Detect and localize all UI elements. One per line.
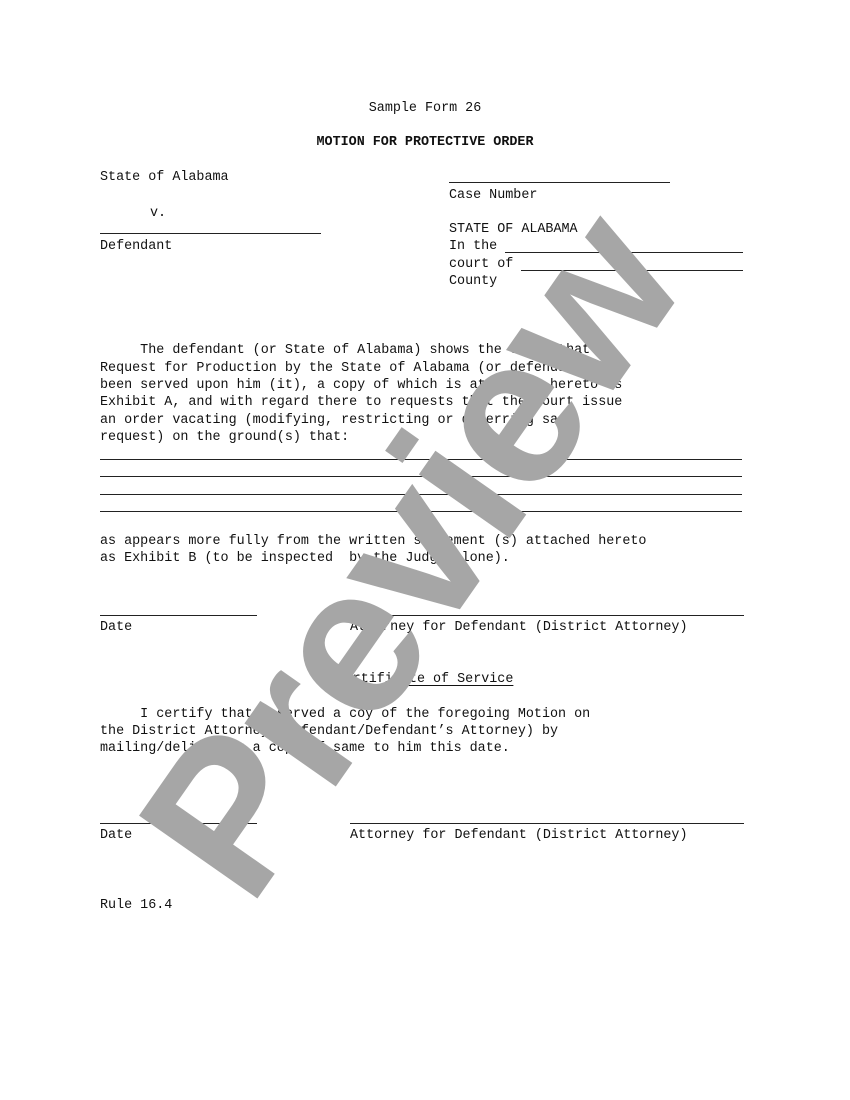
date-label-2: Date <box>100 827 132 844</box>
certificate-line-1: I certify that I served a coy of the for… <box>100 706 590 723</box>
court-name-line[interactable] <box>505 252 743 253</box>
plaintiff-name: State of Alabama <box>100 169 229 186</box>
exhibit-line-1: as appears more fully from the written s… <box>100 533 646 550</box>
document-title: MOTION FOR PROTECTIVE ORDER <box>0 134 850 151</box>
body-line-6: request) on the ground(s) that: <box>100 429 349 446</box>
body-line-3: been served upon him (it), a copy of whi… <box>100 377 622 394</box>
certificate-line-2: the District Attorney (Defendant/Defenda… <box>100 723 558 740</box>
date-line-2[interactable] <box>100 823 257 824</box>
rule-reference: Rule 16.4 <box>100 897 172 914</box>
state-heading: STATE OF ALABAMA <box>449 221 578 238</box>
body-line-2: Request for Production by the State of A… <box>100 360 622 377</box>
certificate-heading: Certificate of Service <box>0 671 850 688</box>
form-label: Sample Form 26 <box>0 100 850 117</box>
exhibit-line-2: as Exhibit B (to be inspected by the Jud… <box>100 550 510 567</box>
court-of-label: court of <box>449 256 513 273</box>
defendant-label: Defendant <box>100 238 172 255</box>
attorney-label-1: Attorney for Defendant (District Attorne… <box>350 619 688 636</box>
grounds-line-1[interactable] <box>100 459 742 460</box>
in-the-label: In the <box>449 238 497 255</box>
grounds-line-2[interactable] <box>100 476 742 477</box>
attorney-signature-line-2[interactable] <box>350 823 744 824</box>
defendant-name-line[interactable] <box>100 233 321 234</box>
grounds-line-4[interactable] <box>100 511 742 512</box>
body-line-1: The defendant (or State of Alabama) show… <box>100 342 606 359</box>
case-number-line[interactable] <box>449 182 670 183</box>
attorney-signature-line-1[interactable] <box>350 615 744 616</box>
body-line-5: an order vacating (modifying, restrictin… <box>100 412 574 429</box>
certificate-line-3: mailing/delivering a copy of same to him… <box>100 740 510 757</box>
case-number-label: Case Number <box>449 187 537 204</box>
date-line-1[interactable] <box>100 615 257 616</box>
attorney-label-2: Attorney for Defendant (District Attorne… <box>350 827 688 844</box>
versus-label: v. <box>150 205 166 222</box>
county-name-line[interactable] <box>521 270 743 271</box>
body-line-4: Exhibit A, and with regard there to requ… <box>100 394 622 411</box>
grounds-line-3[interactable] <box>100 494 742 495</box>
county-label: County <box>449 273 497 290</box>
date-label-1: Date <box>100 619 132 636</box>
